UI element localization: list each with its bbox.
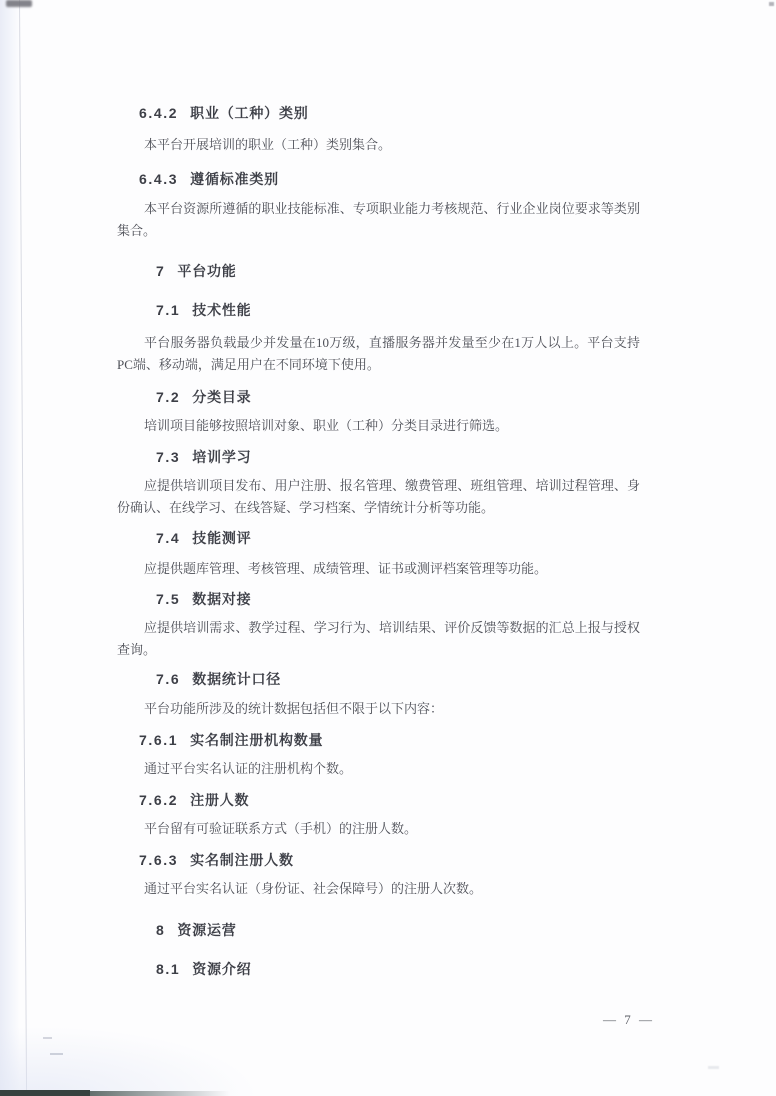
heading-title: 资源介绍	[192, 961, 251, 977]
heading-title: 技能测评	[192, 530, 251, 546]
paragraph: 通过平台实名认证（身份证、社会保障号）的注册人次数。	[117, 878, 640, 900]
paragraph: 通过平台实名认证的注册机构个数。	[117, 758, 640, 780]
heading-title: 资源运营	[177, 922, 236, 938]
scan-page-edge-line	[19, 0, 27, 1096]
heading-title: 培训学习	[192, 449, 251, 465]
heading-number: 7.6.3	[139, 852, 178, 868]
heading-number: 6.4.2	[139, 105, 178, 121]
heading-title: 职业（工种）类别	[190, 105, 308, 121]
heading-number: 7.5	[156, 591, 180, 607]
heading-number: 7.6	[156, 671, 180, 687]
heading-title: 数据统计口径	[192, 671, 281, 687]
heading-number: 7.6.1	[139, 732, 178, 748]
paragraph: 培训项目能够按照培训对象、职业（工种）分类目录进行筛选。	[117, 415, 640, 437]
paragraph: 应提供培训需求、教学过程、学习行为、培训结果、评价反馈等数据的汇总上报与授权查询…	[117, 617, 640, 660]
paragraph: 本平台开展培训的职业（工种）类别集合。	[117, 134, 640, 156]
scan-speck	[708, 1066, 719, 1069]
heading-6-4-2: 6.4.2职业（工种）类别	[139, 103, 309, 123]
scan-bottom-edge-strip-dark	[0, 1090, 90, 1096]
heading-title: 实名制注册机构数量	[190, 732, 323, 748]
heading-number: 6.4.3	[139, 171, 178, 187]
heading-number: 7.4	[156, 530, 180, 546]
heading-number: 7.6.2	[139, 792, 178, 808]
heading-number: 8	[156, 922, 165, 938]
heading-7-2: 7.2分类目录	[156, 387, 251, 407]
heading-7-6: 7.6数据统计口径	[156, 669, 281, 689]
heading-7: 7平台功能	[156, 261, 237, 281]
heading-8: 8资源运营	[156, 920, 237, 940]
page-number: — 7 —	[603, 1012, 655, 1028]
heading-number: 7.2	[156, 389, 180, 405]
heading-7-6-3: 7.6.3实名制注册人数	[139, 850, 294, 870]
heading-title: 实名制注册人数	[190, 852, 294, 868]
heading-number: 7.3	[156, 449, 180, 465]
heading-title: 数据对接	[192, 591, 251, 607]
heading-title: 平台功能	[177, 263, 236, 279]
scan-top-left-mark	[6, 0, 32, 7]
scan-speck	[50, 1053, 63, 1055]
paragraph: 平台留有可验证联系方式（手机）的注册人数。	[117, 818, 640, 840]
heading-number: 7.1	[156, 302, 180, 318]
heading-title: 分类目录	[192, 389, 251, 405]
scan-bottom-left-wash	[0, 1026, 260, 1096]
heading-title: 技术性能	[192, 302, 251, 318]
heading-7-5: 7.5数据对接	[156, 589, 251, 609]
paragraph: 应提供培训项目发布、用户注册、报名管理、缴费管理、班组管理、培训过程管理、身份确…	[117, 475, 640, 518]
scanned-document-page: 6.4.2职业（工种）类别 本平台开展培训的职业（工种）类别集合。 6.4.3遵…	[0, 0, 776, 1096]
heading-number: 8.1	[156, 961, 180, 977]
heading-7-6-1: 7.6.1实名制注册机构数量	[139, 730, 323, 750]
paragraph: 平台服务器负载最少并发量在10万级，直播服务器并发量至少在1万人以上。平台支持P…	[117, 332, 640, 375]
paragraph: 应提供题库管理、考核管理、成绩管理、证书或测评档案管理等功能。	[117, 558, 640, 580]
heading-8-1: 8.1资源介绍	[156, 959, 251, 979]
paragraph: 平台功能所涉及的统计数据包括但不限于以下内容：	[117, 698, 640, 720]
scan-left-edge-band	[0, 0, 19, 1096]
heading-7-4: 7.4技能测评	[156, 528, 251, 548]
scan-speck	[43, 1037, 52, 1039]
heading-7-3: 7.3培训学习	[156, 447, 251, 467]
scan-top-right-speck	[769, 2, 774, 6]
paragraph: 本平台资源所遵循的职业技能标准、专项职业能力考核规范、行业企业岗位要求等类别集合…	[117, 198, 640, 241]
heading-7-6-2: 7.6.2注册人数	[139, 790, 249, 810]
heading-number: 7	[156, 263, 165, 279]
heading-title: 注册人数	[190, 792, 249, 808]
heading-title: 遵循标准类别	[190, 171, 279, 187]
heading-6-4-3: 6.4.3遵循标准类别	[139, 169, 279, 189]
heading-7-1: 7.1技术性能	[156, 300, 251, 320]
